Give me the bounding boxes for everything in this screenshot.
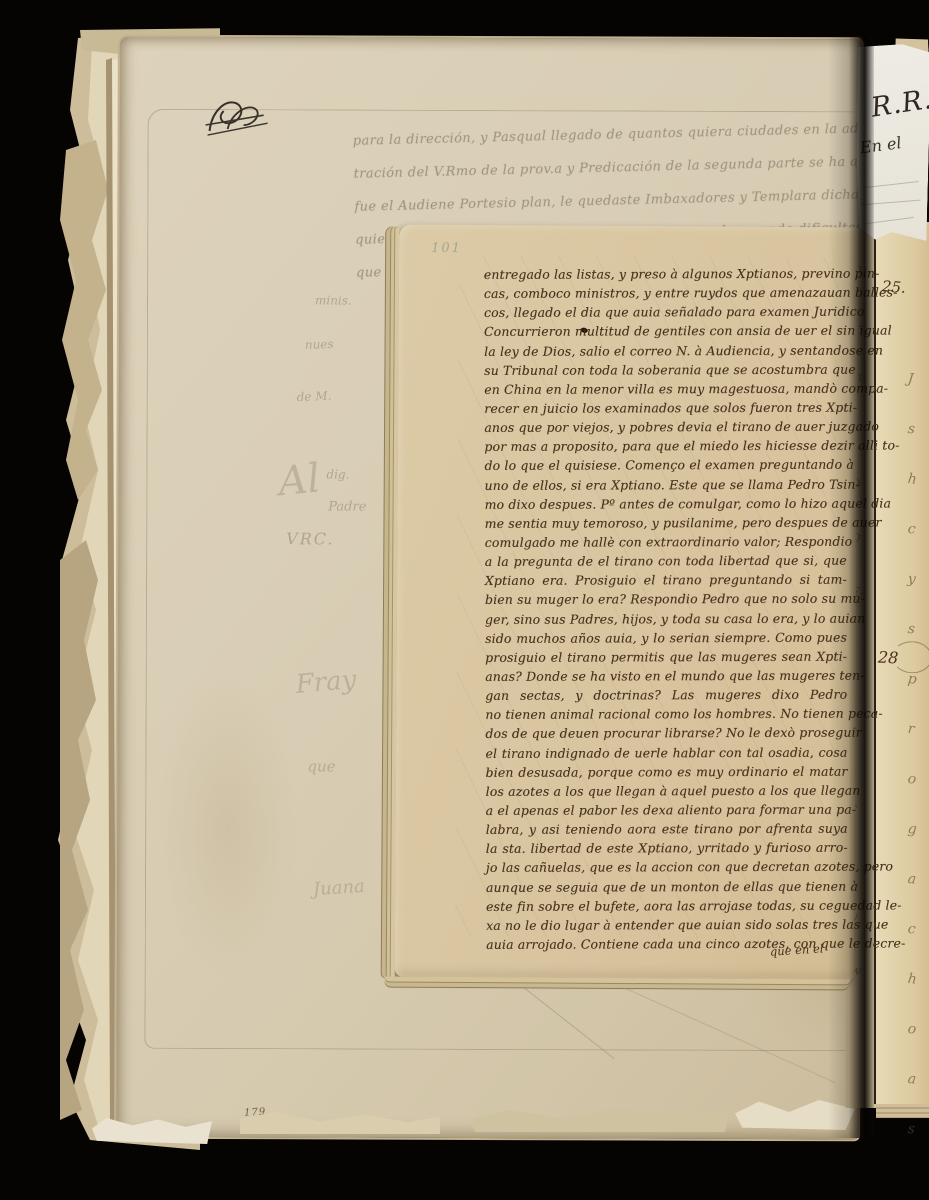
manuscript-line: sido muchos años auia, y lo serian siemp… (485, 627, 847, 647)
edge-glyph: p (903, 671, 929, 723)
ghost-fragment: Padre (328, 499, 366, 514)
manuscript-line: ger, sino sus Padres, hijos, y toda su c… (485, 608, 847, 628)
manuscript-line: Xptiano era. Prosiguio el tirano pregunt… (485, 570, 847, 590)
manuscript-line: este fin sobre el bufete, aora las arroj… (486, 895, 848, 915)
manuscript-line: xa no le dio lugar à entender que auian … (486, 914, 848, 934)
manuscript-line: el tirano indignado de uerle hablar con … (485, 742, 847, 762)
manuscript-line: en China en la menor villa es muy magest… (484, 378, 846, 398)
manuscript-line: Concurrieron multitud de gentiles con an… (484, 321, 846, 341)
edge-glyph: J (903, 371, 929, 423)
edge-glyph: c (903, 921, 929, 973)
manuscript-line: aunque se seguia que de un monton de ell… (486, 876, 848, 896)
edge-glyph-column: Jshcysprogachoas (906, 372, 929, 1172)
ghost-fragment: minis. (315, 293, 352, 307)
manuscript-line: la ley de Dios, salio el correo N. à Aud… (484, 340, 846, 360)
manuscript-line: a el apenas el pabor les dexa aliento pa… (486, 800, 848, 820)
edge-glyph: a (903, 1071, 929, 1123)
edge-glyph: h (903, 971, 929, 1023)
crossed-out-rubric-icon (204, 95, 274, 145)
manuscript-line: comulgado me hallè con extraordinario va… (485, 532, 847, 552)
ghost-fragment: de M. (296, 389, 331, 405)
manuscript-line: por mas a proposito, para que el miedo l… (484, 436, 846, 456)
pencil-mark (865, 181, 919, 188)
ghost-fragment: Juana (312, 876, 365, 900)
manuscript-line: anas? Donde se ha visto en el mundo que … (485, 666, 847, 686)
ghost-fragment: Al (276, 455, 322, 505)
paper-stain (157, 677, 298, 977)
manuscript-line: labra, y asi teniendo aora este tirano p… (486, 819, 848, 839)
ghost-fragment: dig. (326, 467, 349, 481)
manuscript-text-block: entregado las listas, y preso à algunos … (484, 264, 848, 954)
edge-glyph: o (903, 1021, 929, 1073)
manuscript-line: cas, comboco ministros, y entre ruydos q… (484, 283, 846, 303)
margin-number-28: 28 (878, 647, 899, 667)
manuscript-line: prosiguio el tirano permitis que las mug… (485, 646, 847, 666)
note-rr: R.R. (869, 84, 929, 124)
edge-glyph: s (903, 621, 929, 673)
folio-ghost-number: 101 (431, 241, 462, 256)
manuscript-photo-stage: para la dirección, y Pasqual llegado de … (0, 0, 929, 1200)
manuscript-line: anos que por viejos, y pobres devia el t… (484, 417, 846, 437)
pencil-mark (860, 200, 920, 206)
manuscript-line: me sentia muy temoroso, y pusilanime, pe… (485, 512, 847, 532)
manuscript-line: bien desusada, porque como es muy ordina… (485, 761, 847, 781)
white-note-scrap: R.R. En el (853, 43, 929, 241)
manuscript-line: gan sectas, y doctrinas? Las mugeres dix… (485, 685, 847, 705)
manuscript-line: jo las cañuelas, que es la accion con qu… (486, 857, 848, 877)
ghost-fragment: VRC. (286, 529, 334, 548)
manuscript-line: uno de ellos, si era Xptiano. Este que s… (484, 474, 846, 494)
ghost-fragment: nues (305, 337, 334, 352)
edge-glyph: h (903, 471, 929, 523)
edge-glyph: a (903, 871, 929, 923)
manuscript-line: los azotes a los que llegan à aquel pues… (486, 780, 848, 800)
paper-crease (598, 976, 836, 1083)
manuscript-line: do lo que el quisiese. Començo el examen… (484, 455, 846, 475)
ghost-fragment: que (307, 757, 335, 775)
note-en-el: En el (859, 133, 903, 157)
manuscript-line: entregado las listas, y preso à algunos … (484, 264, 846, 284)
main-manuscript-page: 101 entregado las listas, y preso à algu… (395, 225, 859, 980)
manuscript-line: bien su muger lo era? Respondio Pedro qu… (485, 589, 847, 609)
edge-glyph: r (903, 721, 929, 773)
catchword: que en el (770, 941, 824, 958)
edge-glyph: s (903, 1121, 929, 1173)
edge-glyph: o (903, 771, 929, 823)
manuscript-line: cos, llegado el dia que auia señalado pa… (484, 302, 846, 322)
ghost-fragment: Fray (295, 665, 358, 700)
edge-glyph: y (903, 571, 929, 623)
edge-glyph: g (903, 821, 929, 873)
manuscript-line: mo dixo despues. Pº antes de comulgar, c… (485, 493, 847, 513)
edge-glyph: c (903, 521, 929, 573)
pencil-mark (866, 217, 914, 224)
manuscript-line: su Tribunal con toda la soberania que se… (484, 359, 846, 379)
manuscript-line: no tienen animal racional como los hombr… (485, 704, 847, 724)
manuscript-line: dos de que deuen procurar librarse? No l… (485, 723, 847, 743)
manuscript-line: la sta. libertad de este Xptiano, yrrita… (486, 838, 848, 858)
manuscript-line: a la pregunta de el tirano con toda libe… (485, 551, 847, 571)
edge-glyph: s (903, 421, 929, 473)
manuscript-line: recer en juicio los examinados que solos… (484, 398, 846, 418)
